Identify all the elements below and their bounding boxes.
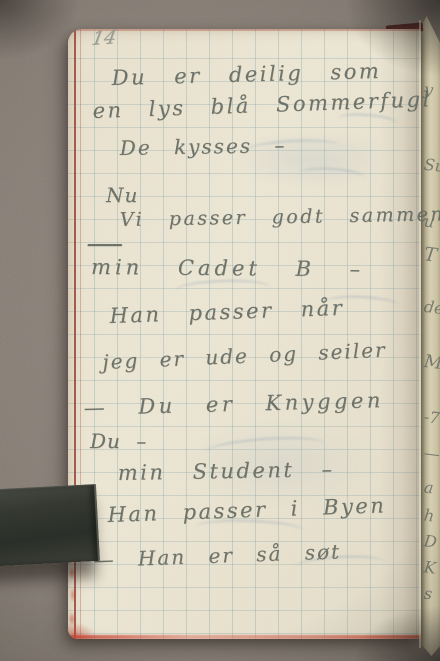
notebook-photo: y Su u T de M -7 — a h D K s [0, 0, 440, 661]
gutter-text-fragment: h [423, 505, 436, 525]
facing-page-edge: y Su u T de M -7 — a h D K s [421, 16, 440, 656]
gutter-text-fragment: a [423, 477, 435, 497]
gutter-text-fragment: M [423, 351, 440, 374]
gutter-text-fragment: — [423, 443, 440, 464]
gutter-text-fragment: Su [423, 155, 440, 176]
gutter-text-fragment: -7 [423, 407, 440, 428]
red-corner-stain [68, 623, 96, 639]
page-top-red-edge [68, 29, 421, 31]
gutter-text-fragment: K [423, 557, 437, 577]
gutter-text-fragment: y [423, 80, 434, 100]
page-bottom-red-edge [68, 635, 421, 639]
gutter-text-fragment: T [423, 243, 438, 266]
gutter-text-fragment: D [423, 531, 438, 551]
graph-paper-grid [68, 29, 421, 639]
notebook-page [68, 29, 421, 639]
gutter-shadow [379, 29, 421, 639]
metal-weight-clip [0, 484, 100, 568]
gutter-text-fragment: s [423, 584, 433, 604]
gutter-text-fragment: u [423, 211, 436, 231]
gutter-text-fragment: de [423, 297, 440, 318]
gutter-crease-highlight [419, 20, 421, 648]
